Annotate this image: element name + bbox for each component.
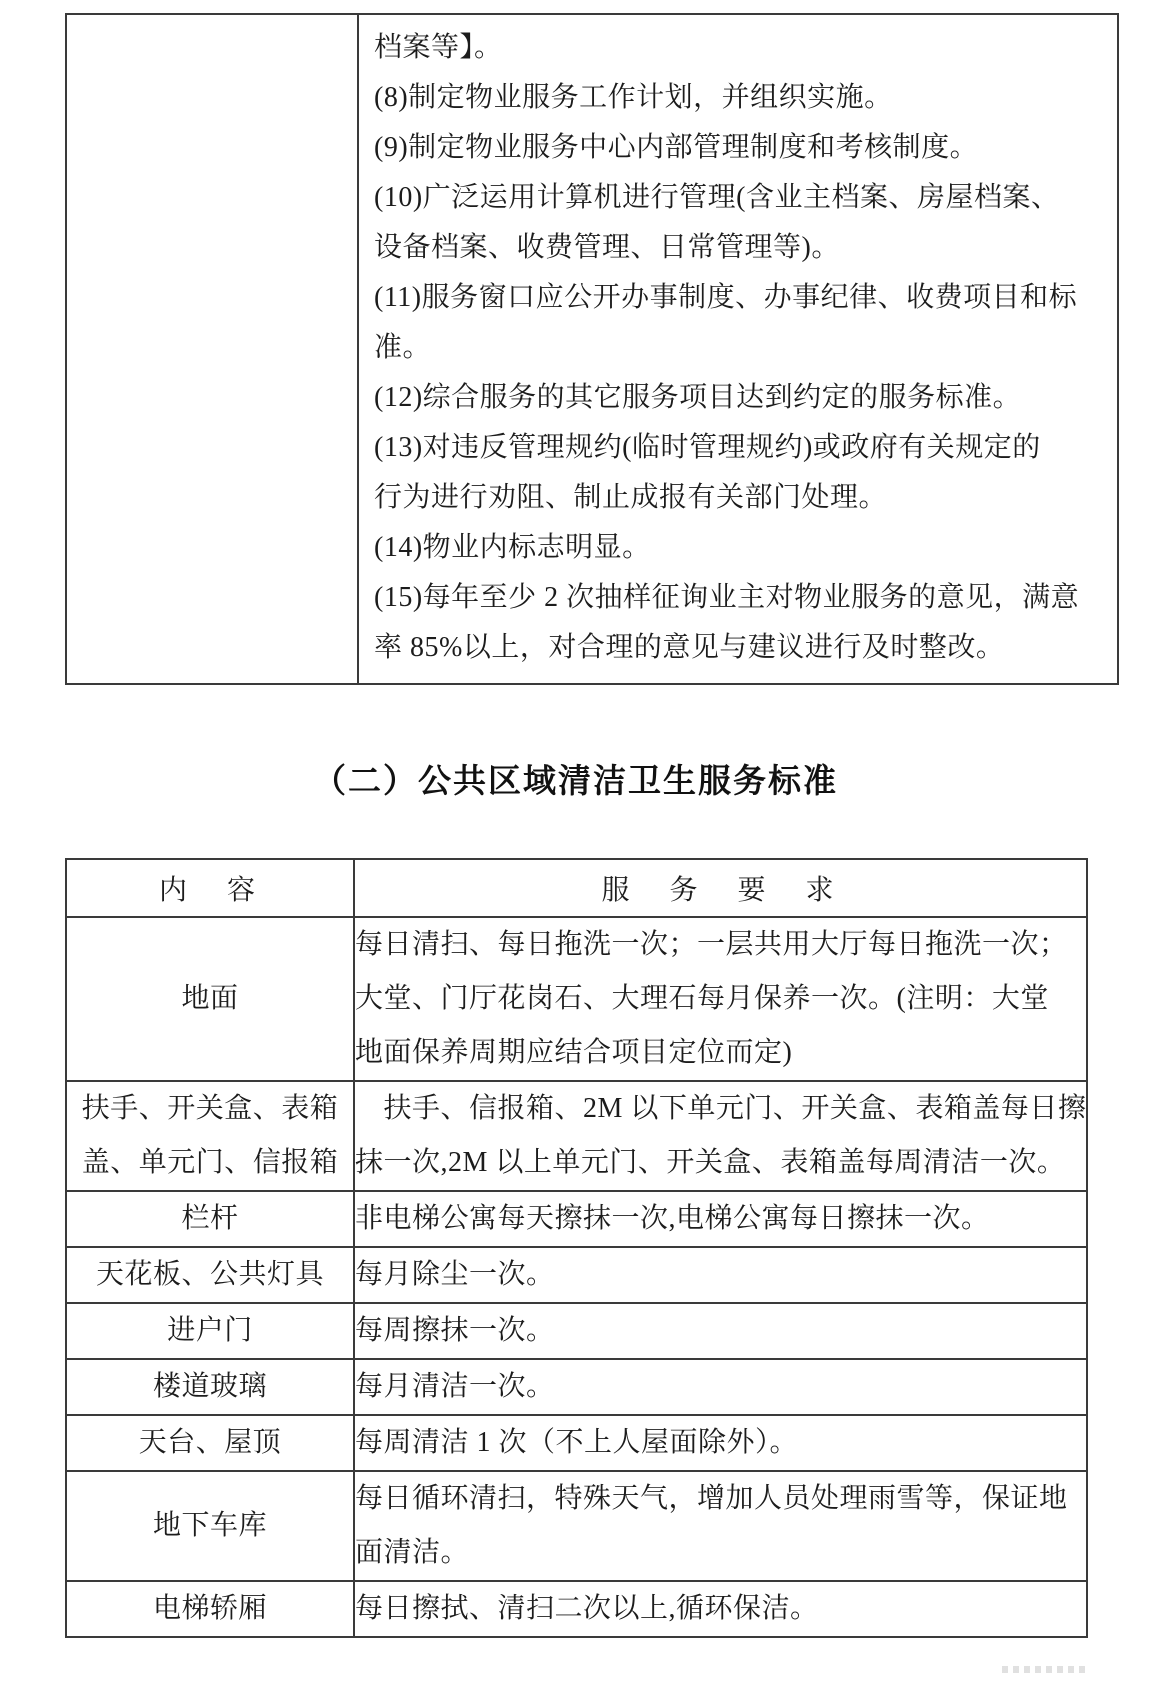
cleaning-standards-table: 内 容 服 务 要 求 地面 每日清扫、每日拖洗一次；一层共用大厅每日拖洗一次；… — [65, 858, 1088, 1638]
requirement-cell: 每日循环清扫，特殊天气，增加人员处理雨雪等，保证地面清洁。 — [354, 1471, 1087, 1581]
table-text-line: 设备档案、收费管理、日常管理等)。 — [374, 223, 1107, 273]
table-text-line: (8)制定物业服务工作计划，并组织实施。 — [374, 73, 1107, 123]
management-standards-table: 档案等】。 (8)制定物业服务工作计划，并组织实施。 (9)制定物业服务中心内部… — [65, 13, 1119, 685]
content-cell: 天花板、公共灯具 — [66, 1247, 354, 1303]
cleaning-table-header-row: 内 容 服 务 要 求 — [66, 859, 1087, 917]
header-cell-content: 内 容 — [66, 859, 354, 917]
cell-text-line: 地面保养周期应结合项目定位而定) — [355, 1026, 1086, 1080]
requirement-cell: 每日擦拭、清扫二次以上,循环保洁。 — [354, 1581, 1087, 1637]
table-text-line: (12)综合服务的其它服务项目达到约定的服务标准。 — [374, 373, 1107, 423]
cell-text-line: 进户门 — [67, 1304, 353, 1358]
cell-text-line: 扶手、开关盒、表箱 — [67, 1082, 353, 1136]
cleaning-table-row: 楼道玻璃 每月清洁一次。 — [66, 1359, 1087, 1415]
table-text-line: (11)服务窗口应公开办事制度、办事纪律、收费项目和标 — [374, 273, 1107, 323]
table-text-line: 准。 — [374, 323, 1107, 373]
content-cell: 进户门 — [66, 1303, 354, 1359]
table-text-line: (13)对违反管理规约(临时管理规约)或政府有关规定的 — [374, 423, 1107, 473]
cell-text-line: 每周擦抹一次。 — [355, 1304, 1086, 1358]
content-cell: 扶手、开关盒、表箱盖、单元门、信报箱 — [66, 1081, 354, 1191]
requirement-cell: 扶手、信报箱、2M 以下单元门、开关盒、表箱盖每日擦抹一次,2M 以上单元门、开… — [354, 1081, 1087, 1191]
cell-text-line: 每月除尘一次。 — [355, 1248, 1086, 1302]
cell-text-line: 楼道玻璃 — [67, 1360, 353, 1414]
cell-text-line: 栏杆 — [67, 1192, 353, 1246]
section-heading: （二）公共区域清洁卫生服务标准 — [65, 755, 1086, 802]
cell-text-line: 每月清洁一次。 — [355, 1360, 1086, 1414]
cell-text-line: 地面 — [67, 972, 353, 1026]
page-content: 档案等】。 (8)制定物业服务工作计划，并组织实施。 (9)制定物业服务中心内部… — [0, 0, 1170, 1638]
cell-text-line: 每周清洁 1 次（不上人屋面除外）。 — [355, 1416, 1086, 1470]
cell-text-line: 每日清扫、每日拖洗一次；一层共用大厅每日拖洗一次； — [355, 918, 1086, 972]
cleaning-table-row: 地下车库 每日循环清扫，特殊天气，增加人员处理雨雪等，保证地面清洁。 — [66, 1471, 1087, 1581]
cell-text-line: 盖、单元门、信报箱 — [67, 1136, 353, 1190]
requirement-cell: 非电梯公寓每天擦抹一次,电梯公寓每日擦抹一次。 — [354, 1191, 1087, 1247]
content-cell: 电梯轿厢 — [66, 1581, 354, 1637]
content-cell: 天台、屋顶 — [66, 1415, 354, 1471]
cell-text-line: 大堂、门厅花岗石、大理石每月保养一次。(注明：大堂 — [355, 972, 1086, 1026]
cell-text-line: 非电梯公寓每天擦抹一次,电梯公寓每日擦抹一次。 — [355, 1192, 1086, 1246]
cell-text-line: 抹一次,2M 以上单元门、开关盒、表箱盖每周清洁一次。 — [355, 1136, 1086, 1190]
table-text-line: 行为进行劝阻、制止成报有关部门处理。 — [374, 473, 1107, 523]
document-page: { "page": { "section_heading": "（二）公共区域清… — [0, 0, 1170, 1689]
management-table-content-cell: 档案等】。 (8)制定物业服务工作计划，并组织实施。 (9)制定物业服务中心内部… — [358, 14, 1118, 684]
cleaning-table-row: 进户门 每周擦抹一次。 — [66, 1303, 1087, 1359]
cleaning-table-row: 栏杆 非电梯公寓每天擦抹一次,电梯公寓每日擦抹一次。 — [66, 1191, 1087, 1247]
cell-text-line: 每日擦拭、清扫二次以上,循环保洁。 — [355, 1582, 1086, 1636]
cleaning-table-row: 地面 每日清扫、每日拖洗一次；一层共用大厅每日拖洗一次；大堂、门厅花岗石、大理石… — [66, 917, 1087, 1081]
cell-text-line: 地下车库 — [67, 1499, 353, 1553]
management-table-lines: 档案等】。 (8)制定物业服务工作计划，并组织实施。 (9)制定物业服务中心内部… — [374, 23, 1107, 673]
table-text-line: 率 85%以上，对合理的意见与建议进行及时整改。 — [374, 623, 1107, 673]
cell-text-line: 面清洁。 — [355, 1526, 1086, 1580]
table-text-line: (9)制定物业服务中心内部管理制度和考核制度。 — [374, 123, 1107, 173]
cell-text-line: 扶手、信报箱、2M 以下单元门、开关盒、表箱盖每日擦 — [355, 1082, 1086, 1136]
management-table-row: 档案等】。 (8)制定物业服务工作计划，并组织实施。 (9)制定物业服务中心内部… — [66, 14, 1118, 684]
content-cell: 楼道玻璃 — [66, 1359, 354, 1415]
cleaning-table-row: 天花板、公共灯具 每月除尘一次。 — [66, 1247, 1087, 1303]
requirement-cell: 每周清洁 1 次（不上人屋面除外）。 — [354, 1415, 1087, 1471]
requirement-cell: 每日清扫、每日拖洗一次；一层共用大厅每日拖洗一次；大堂、门厅花岗石、大理石每月保… — [354, 917, 1087, 1081]
watermark-artifact — [1002, 1666, 1088, 1673]
cleaning-table-row: 天台、屋顶 每周清洁 1 次（不上人屋面除外）。 — [66, 1415, 1087, 1471]
requirement-cell: 每月清洁一次。 — [354, 1359, 1087, 1415]
cell-text-line: 每日循环清扫，特殊天气，增加人员处理雨雪等，保证地 — [355, 1472, 1086, 1526]
cell-text-line: 电梯轿厢 — [67, 1582, 353, 1636]
table-text-line: (10)广泛运用计算机进行管理(含业主档案、房屋档案、 — [374, 173, 1107, 223]
cell-text-line: 天台、屋顶 — [67, 1416, 353, 1470]
cell-text-line: 天花板、公共灯具 — [67, 1248, 353, 1302]
table-text-line: (15)每年至少 2 次抽样征询业主对物业服务的意见，满意 — [374, 573, 1107, 623]
cleaning-table-body: 地面 每日清扫、每日拖洗一次；一层共用大厅每日拖洗一次；大堂、门厅花岗石、大理石… — [66, 917, 1087, 1637]
table-text-line: 档案等】。 — [374, 23, 1107, 73]
cleaning-table-row: 扶手、开关盒、表箱盖、单元门、信报箱 扶手、信报箱、2M 以下单元门、开关盒、表… — [66, 1081, 1087, 1191]
requirement-cell: 每月除尘一次。 — [354, 1247, 1087, 1303]
content-cell: 栏杆 — [66, 1191, 354, 1247]
header-cell-requirement: 服 务 要 求 — [354, 859, 1087, 917]
content-cell: 地面 — [66, 917, 354, 1081]
management-table-label-cell — [66, 14, 358, 684]
table-text-line: (14)物业内标志明显。 — [374, 523, 1107, 573]
content-cell: 地下车库 — [66, 1471, 354, 1581]
cleaning-table-row: 电梯轿厢 每日擦拭、清扫二次以上,循环保洁。 — [66, 1581, 1087, 1637]
requirement-cell: 每周擦抹一次。 — [354, 1303, 1087, 1359]
